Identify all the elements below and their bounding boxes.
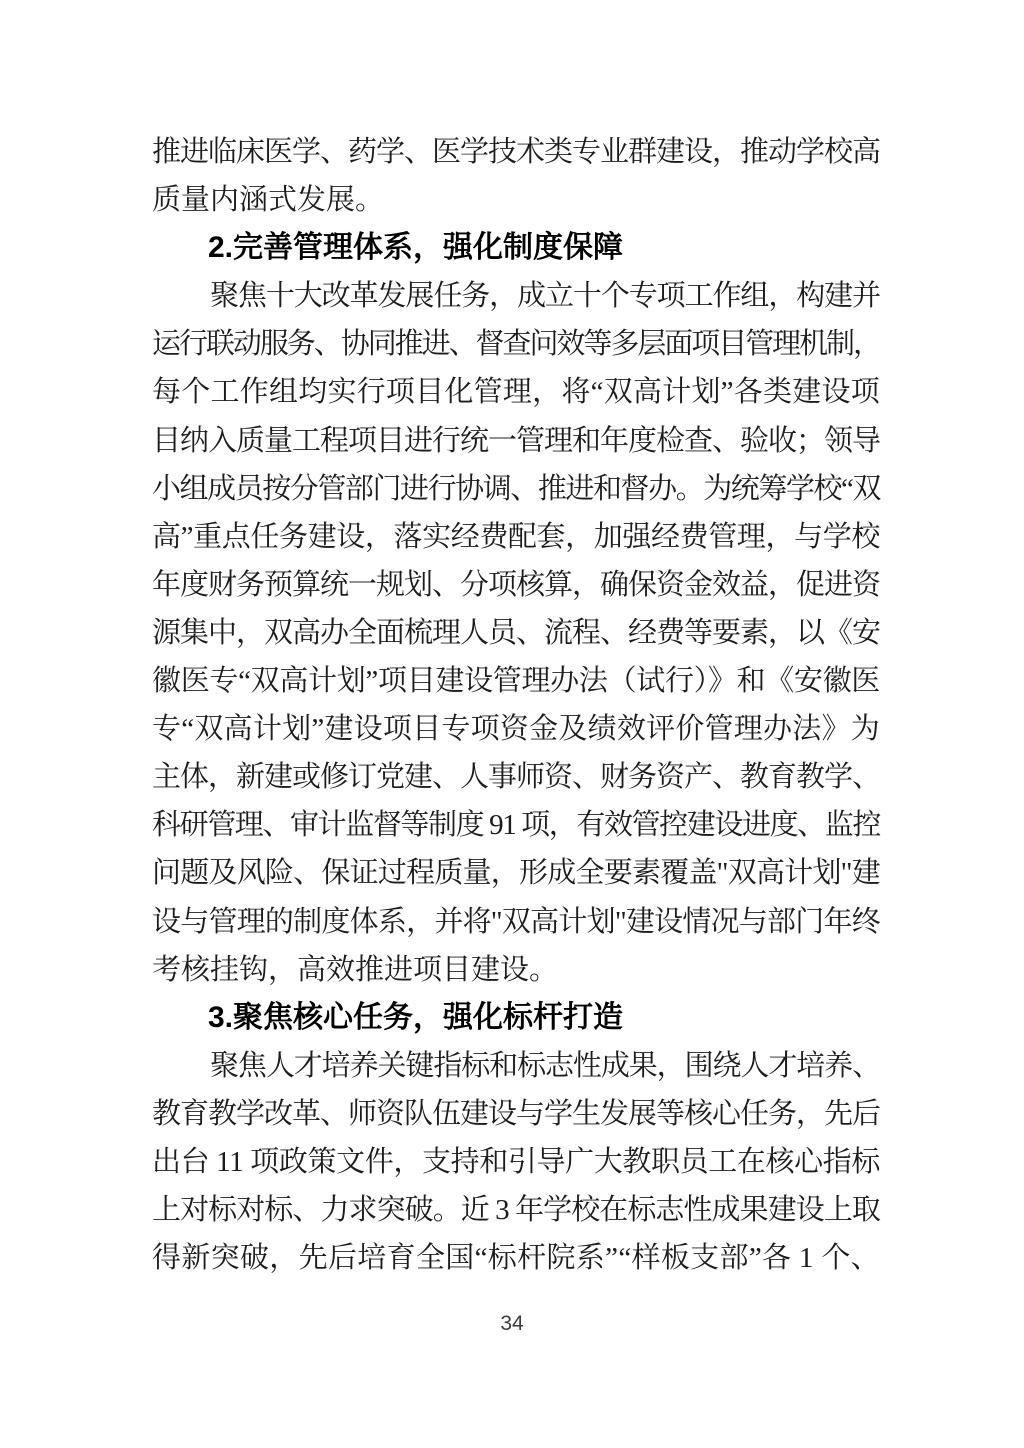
text-line: 出台 11 项政策文件，支持和引导广大教职员工在核心指标: [152, 1138, 880, 1186]
text-line: 高”重点任务建设，落实经费配套，加强经费管理，与学校: [152, 513, 880, 561]
text-line: 目纳入质量工程项目进行统一管理和年度检查、验收；领导: [152, 417, 880, 465]
text-line-content: 2.完善管理体系，强化制度保障: [208, 224, 623, 272]
text-line-content: 聚焦人才培养关键指标和标志性成果，围绕人才培养、: [210, 1042, 880, 1090]
text-line-content: 问题及风险、保证过程质量，形成全要素覆盖"双高计划"建: [152, 849, 880, 897]
text-line-content: 专“双高计划”建设项目专项资金及绩效评价管理办法》为: [152, 705, 880, 753]
text-line: 科研管理、审计监督等制度 91 项，有效管控建设进度、监控: [152, 801, 880, 849]
section-heading: 2.完善管理体系，强化制度保障: [152, 224, 880, 272]
text-line: 教育教学改革、师资队伍建设与学生发展等核心任务，先后: [152, 1090, 880, 1138]
text-line-content: 小组成员按分管部门进行协调、推进和督办。为统筹学校“双: [152, 465, 880, 513]
text-line: 每个工作组均实行项目化管理，将“双高计划”各类建设项: [152, 368, 880, 416]
text-line-content: 推进临床医学、药学、医学技术类专业群建设，推动学校高: [152, 128, 880, 176]
text-line: 聚焦人才培养关键指标和标志性成果，围绕人才培养、: [152, 1042, 880, 1090]
text-line-content: 质量内涵式发展。: [152, 176, 384, 224]
text-line-content: 3.聚焦核心任务，强化标杆打造: [208, 994, 623, 1042]
text-line: 年度财务预算统一规划、分项核算，确保资金效益，促进资: [152, 561, 880, 609]
text-line: 主体，新建或修订党建、人事师资、财务资产、教育教学、: [152, 753, 880, 801]
text-line: 专“双高计划”建设项目专项资金及绩效评价管理办法》为: [152, 705, 880, 753]
document-page: 推进临床医学、药学、医学技术类专业群建设，推动学校高质量内涵式发展。2.完善管理…: [0, 0, 1024, 1448]
text-line: 运行联动服务、协同推进、督查问效等多层面项目管理机制，: [152, 320, 880, 368]
page-number: 34: [0, 1312, 1024, 1336]
text-line-content: 运行联动服务、协同推进、督查问效等多层面项目管理机制，: [152, 320, 880, 368]
text-line-content: 科研管理、审计监督等制度 91 项，有效管控建设进度、监控: [152, 801, 880, 849]
section-heading: 3.聚焦核心任务，强化标杆打造: [152, 994, 880, 1042]
text-line-content: 出台 11 项政策文件，支持和引导广大教职员工在核心指标: [152, 1138, 880, 1186]
text-line: 质量内涵式发展。: [152, 176, 880, 224]
text-line: 小组成员按分管部门进行协调、推进和督办。为统筹学校“双: [152, 465, 880, 513]
text-line-content: 上对标对标、力求突破。近 3 年学校在标志性成果建设上取: [152, 1186, 880, 1234]
text-line: 得新突破，先后培育全国“标杆院系”“样板支部”各 1 个、: [152, 1234, 880, 1282]
text-line-content: 高”重点任务建设，落实经费配套，加强经费管理，与学校: [152, 513, 880, 561]
text-line: 徽医专“双高计划”项目建设管理办法（试行）》和《安徽医: [152, 657, 880, 705]
text-line: 源集中，双高办全面梳理人员、流程、经费等要素，以《安: [152, 609, 880, 657]
text-line-content: 目纳入质量工程项目进行统一管理和年度检查、验收；领导: [152, 417, 880, 465]
text-line-content: 主体，新建或修订党建、人事师资、财务资产、教育教学、: [152, 753, 880, 801]
text-line-content: 考核挂钩，高效推进项目建设。: [152, 946, 558, 994]
text-line: 问题及风险、保证过程质量，形成全要素覆盖"双高计划"建: [152, 849, 880, 897]
document-body: 推进临床医学、药学、医学技术类专业群建设，推动学校高质量内涵式发展。2.完善管理…: [152, 128, 880, 1282]
text-line: 上对标对标、力求突破。近 3 年学校在标志性成果建设上取: [152, 1186, 880, 1234]
text-line-content: 聚焦十大改革发展任务，成立十个专项工作组，构建并: [210, 272, 880, 320]
text-line-content: 徽医专“双高计划”项目建设管理办法（试行）》和《安徽医: [152, 657, 880, 705]
text-line: 聚焦十大改革发展任务，成立十个专项工作组，构建并: [152, 272, 880, 320]
text-line: 推进临床医学、药学、医学技术类专业群建设，推动学校高: [152, 128, 880, 176]
text-line-content: 源集中，双高办全面梳理人员、流程、经费等要素，以《安: [152, 609, 880, 657]
text-line-content: 每个工作组均实行项目化管理，将“双高计划”各类建设项: [152, 368, 880, 416]
text-line-content: 设与管理的制度体系，并将"双高计划"建设情况与部门年终: [152, 898, 880, 946]
text-line: 考核挂钩，高效推进项目建设。: [152, 946, 880, 994]
text-line-content: 得新突破，先后培育全国“标杆院系”“样板支部”各 1 个、: [152, 1234, 880, 1282]
text-line-content: 年度财务预算统一规划、分项核算，确保资金效益，促进资: [152, 561, 880, 609]
text-line-content: 教育教学改革、师资队伍建设与学生发展等核心任务，先后: [152, 1090, 880, 1138]
text-line: 设与管理的制度体系，并将"双高计划"建设情况与部门年终: [152, 898, 880, 946]
